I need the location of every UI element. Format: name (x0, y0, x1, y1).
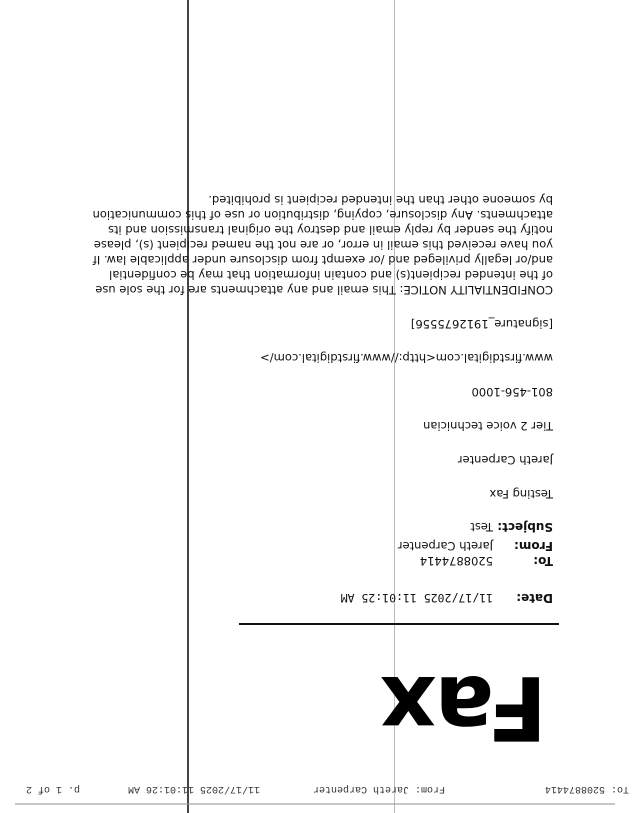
date-label: Date: (493, 590, 553, 605)
header-page-count: p. 1 of 2 (26, 783, 80, 794)
header-to: To: 5208874414 (545, 783, 629, 794)
from-label: From: (493, 538, 553, 553)
date-row: Date: 11/17/2025 11:01:25 AM (83, 590, 553, 605)
signature-name: Jareth Carpenter (83, 452, 553, 467)
subject-label: Subject: (493, 519, 553, 534)
title-divider (239, 623, 559, 625)
header-divider (15, 803, 615, 805)
subject-row: Subject: Test (83, 519, 553, 534)
to-row: To: 5208874414 (83, 553, 553, 568)
signature-website: www.firstdigital.com<http://www.firstdig… (83, 350, 553, 365)
to-label: To: (493, 553, 553, 568)
signature-title: Tier 2 voice technician (83, 418, 553, 433)
subject-value: Test (83, 519, 493, 534)
date-value: 11/17/2025 11:01:25 AM (83, 590, 493, 605)
fax-page: To: 5208874414 From: Jareth Carpenter 11… (0, 0, 635, 813)
confidentiality-notice: CONFIDENTIALITY NOTICE: This email and a… (88, 192, 553, 297)
fax-title: Fax (382, 663, 547, 751)
to-value: 5208874414 (83, 553, 493, 568)
fax-transmission-header: To: 5208874414 From: Jareth Carpenter 11… (0, 777, 635, 797)
from-row: From: Jareth Carpenter (83, 538, 553, 553)
signature-phone: 801-456-1000 (83, 384, 553, 399)
header-from: From: Jareth Carpenter (313, 783, 445, 794)
from-value: Jareth Carpenter (83, 538, 493, 553)
header-timestamp: 11/17/2025 11:01:26 AM (128, 783, 260, 794)
message-text: Testing Fax (83, 486, 553, 501)
signature-tag: [signature_1912675556] (83, 316, 553, 331)
fax-content: Date: 11/17/2025 11:01:25 AM To: 5208874… (83, 192, 553, 605)
